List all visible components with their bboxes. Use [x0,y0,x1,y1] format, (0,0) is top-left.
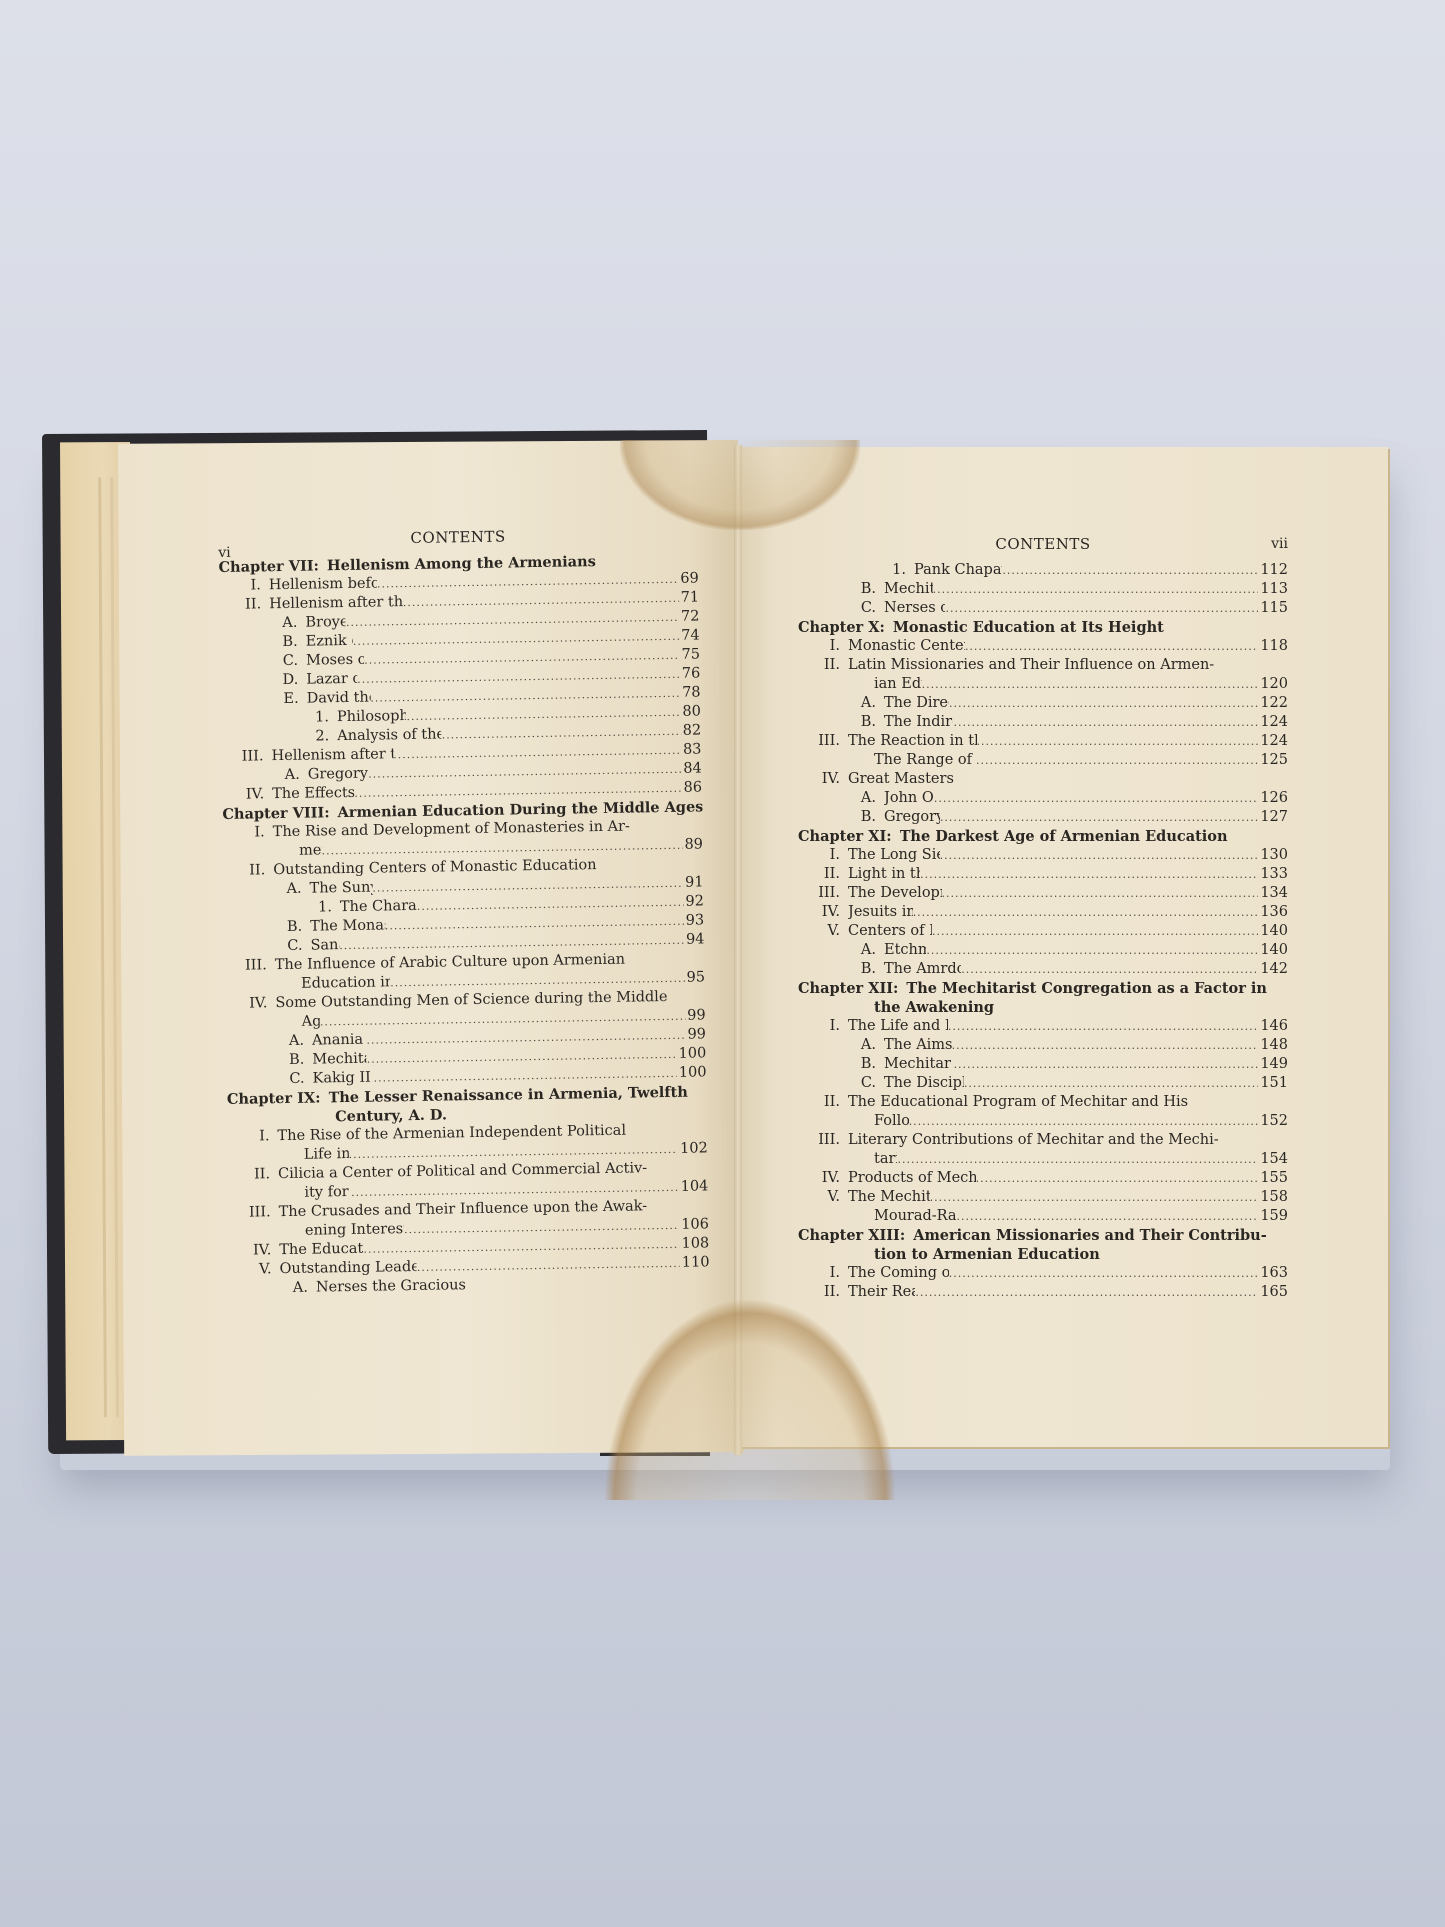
entry-title: Education in the Middle Ages [301,973,390,993]
leader-dots [913,903,1259,922]
entry-title: Broyeresius [305,613,346,633]
entry-title: Hellenism before the Christian Era [269,575,377,596]
entry-page-number: 159 [1258,1207,1288,1226]
toc-entry: V.The Mechitarist Schools158 [798,1188,1288,1207]
toc-entry: IV.Jesuits in Armenia136 [798,903,1288,922]
toc-entry: ian Education120 [798,675,1288,694]
entry-page-number: 92 [683,892,704,911]
leader-dots [977,732,1259,751]
toc-chapter-entry: Chapter XI:The Darkest Age of Armenian E… [798,827,1288,846]
entry-title: the Awakening [874,998,994,1017]
entry-page-number: 84 [681,759,702,778]
entry-numeral: C. [226,1070,304,1090]
entry-numeral: IV. [229,1241,271,1261]
entry-numeral: E. [220,690,298,710]
leader-dots [952,1036,1259,1055]
toc-entry: Followers152 [798,1112,1288,1131]
page-heading: CONTENTS [798,535,1288,554]
toc-entry: IV.Products of Mechitarist Monastic Educ… [798,1169,1288,1188]
right-page-content: CONTENTS vii 1.Pank Chapav—verses for ch… [798,535,1288,1302]
entry-title: The Indirect Influence [884,713,953,732]
entry-page-number: 82 [681,721,702,740]
entry-numeral: II. [798,1093,840,1112]
entry-numeral: B. [220,633,298,653]
entry-numeral: A. [798,694,876,713]
toc-entry: V.Centers of Re-awakening140 [798,922,1288,941]
entry-numeral: B. [798,580,876,599]
entry-numeral: II. [798,656,840,675]
entry-title: Eznik of Gulpi [306,632,353,652]
leader-dots [948,1017,1258,1036]
entry-title: Monastic Education at Its Height [893,618,1164,637]
entry-title: Kakig II and Others [312,1069,373,1089]
toc-entry: A.The Aims of Mechitar148 [798,1036,1288,1055]
toc-entry: A.The Direct Influence122 [798,694,1288,713]
entry-title: ening Interest in European Culture [305,1220,404,1241]
toc-chapter-entry: Chapter XII:The Mechitarist Congregation… [798,979,1288,998]
entry-title: The Aims of Mechitar [884,1036,952,1055]
entry-numeral: IV. [225,994,267,1014]
entry-title: Mechitar Heratzi [312,1050,367,1070]
entry-title: Moses of Khorene [306,651,364,671]
entry-title: ian Education [874,675,922,694]
entry-title: Centers of Re-awakening [848,922,932,941]
entry-numeral: I. [223,823,265,843]
entry-title: The Life and Ideals of Mechitar [848,1017,948,1036]
leader-dots [964,1074,1258,1093]
entry-numeral: B. [226,1051,304,1071]
leader-dots [934,789,1258,808]
leader-dots [953,713,1258,732]
entry-page-number: 83 [681,740,702,759]
entry-title: Anania of Shirak [312,1031,367,1051]
entry-numeral: I. [798,1017,840,1036]
leader-dots [909,1112,1259,1131]
toc-entry: II.The Educational Program of Mechitar a… [798,1093,1288,1112]
entry-title: Mechitar as a Teacher [884,1055,954,1074]
entry-page-number: 140 [1258,941,1288,960]
toc-list: 1.Pank Chapav—verses for children112B.Me… [798,561,1288,1302]
entry-title: Hellenism after the Council of Chalcedon [271,745,393,766]
entry-numeral: I. [798,637,840,656]
entry-page-number: 108 [679,1234,709,1253]
entry-page-number: 104 [679,1177,709,1196]
entry-page-number: 69 [678,569,699,588]
entry-numeral: C. [224,937,302,957]
entry-numeral: 1. [221,708,329,729]
entry-page-number: 100 [677,1063,707,1082]
entry-numeral: II. [223,861,265,881]
entry-title: Philosophical Definitions [337,707,407,727]
entry-page-number: 74 [679,626,700,645]
entry-numeral: IV. [798,1169,840,1188]
entry-page-number: 106 [679,1215,709,1234]
entry-title: Literary Contributions of Mechitar and t… [848,1131,1219,1150]
entry-numeral: III. [229,1203,271,1223]
entry-title: The Mechitarist Congregation as a Factor… [906,979,1267,998]
entry-title: The Educational Program of Mechitar and … [848,1093,1188,1112]
entry-numeral: 2. [221,727,329,748]
toc-entry: II.Light in the Colonies133 [798,865,1288,884]
entry-title: The Direct Influence [884,694,949,713]
leader-dots [945,599,1258,618]
leader-dots [940,846,1259,865]
entry-page-number: 86 [681,778,702,797]
toc-entry: III.The Reaction in the Sunyatz School a… [798,732,1288,751]
entry-numeral: C. [220,652,298,672]
entry-numeral: II. [228,1165,270,1185]
entry-page-number: 115 [1258,599,1288,618]
toc-entry: I.The Coming of the Missionaries163 [798,1264,1288,1283]
entry-numeral: II. [798,1283,840,1302]
toc-entry: I.Monastic Centers of “University Rank”1… [798,637,1288,656]
entry-title: Analysis of the Interpretations of Porph… [337,726,442,747]
toc-entry: C.Nerses of Lampron115 [798,599,1288,618]
entry-title: Etchmiadzin [884,941,926,960]
entry-title: Gregory Magistros [308,765,369,785]
toc-chapter-entry: the Awakening [798,998,1288,1017]
entry-title: Hellenism after the Introduction of Chri… [269,593,403,614]
toc-entry: A.John Orodnetzi126 [798,789,1288,808]
entry-page-number: 75 [679,645,700,664]
toc-entry: II.Their Real Purpose165 [798,1283,1288,1302]
entry-numeral: A. [798,1036,876,1055]
toc-entry: 1.Pank Chapav—verses for children112 [798,561,1288,580]
entry-numeral: III. [798,884,840,903]
entry-title: Ages [302,1012,320,1031]
entry-page-number: 155 [1258,1169,1288,1188]
entry-title: The Sunyatz School [309,879,372,899]
toc-entry: B.Gregory of Datev127 [798,808,1288,827]
entry-numeral: II. [219,595,261,615]
entry-title: Products of Mechitarist Monastic Educati… [848,1169,976,1188]
entry-numeral: A. [226,1032,304,1052]
entry-numeral: B. [798,713,876,732]
entry-title: The Long Siege of Darkness [848,846,940,865]
toc-entry: II.Latin Missionaries and Their Influenc… [798,656,1288,675]
entry-numeral: B. [224,918,302,938]
chapter-label: Chapter XIII: [798,1226,905,1245]
entry-title: Nerses the Gracious [316,1276,466,1297]
entry-page-number: 91 [683,873,704,892]
leader-dots [940,808,1258,827]
entry-page-number: 94 [684,930,705,949]
entry-numeral: IV. [798,903,840,922]
entry-title: Their Real Purpose [848,1283,915,1302]
water-stain-bottom [605,1300,895,1500]
entry-title: menia [299,841,322,860]
toc-entry: III.The Development of Printing134 [798,884,1288,903]
entry-numeral: IV. [798,770,840,789]
entry-numeral: I. [798,1264,840,1283]
entry-title: The Range of the Subjects of Study [874,751,976,770]
entry-numeral: C. [798,599,876,618]
entry-numeral: III. [798,732,840,751]
entry-page-number: 89 [682,835,703,854]
toc-entry: tarists154 [798,1150,1288,1169]
toc-chapter-entry: Chapter X:Monastic Education at Its Heig… [798,618,1288,637]
chapter-label: Chapter XII: [798,979,898,998]
entry-numeral: A. [222,766,300,786]
leader-dots [920,865,1258,884]
entry-page-number: 99 [685,1006,706,1025]
entry-numeral: A. [223,880,301,900]
leader-dots [956,1207,1258,1226]
entry-title: Pank Chapav—verses for children [914,561,1002,580]
entry-numeral: III. [798,1131,840,1150]
entry-title: Monastic Centers of “University Rank” [848,637,965,656]
entry-title: The Discipline of Mechitar [884,1074,964,1093]
entry-numeral: A. [219,614,297,634]
entry-title: The Darkest Age of Armenian Education [900,827,1228,846]
left-page-content: vi CONTENTS Chapter VII:Hellenism Among … [218,524,710,1298]
entry-page-number: 102 [678,1139,708,1158]
toc-entry: C.The Discipline of Mechitar151 [798,1074,1288,1093]
entry-title: The Effects of Hellenism [272,784,354,804]
entry-page-number: 165 [1258,1283,1288,1302]
entry-numeral: V. [798,922,840,941]
entry-page-number: 95 [684,968,705,987]
entry-page-number: 120 [1258,675,1288,694]
entry-numeral: I. [798,846,840,865]
entry-title: The Amrdolou Monastery [884,960,961,979]
entry-numeral: D. [220,671,298,691]
entry-page-number: 151 [1258,1074,1288,1093]
entry-title: Mourad-Rapaelian College [874,1207,956,1226]
entry-page-number: 93 [684,911,705,930]
entry-numeral: B. [798,960,876,979]
leader-dots [922,675,1259,694]
entry-page-number: 158 [1258,1188,1288,1207]
entry-page-number: 149 [1258,1055,1288,1074]
entry-page-number: 146 [1258,1017,1288,1036]
entry-numeral: B. [798,808,876,827]
toc-entry: B.The Indirect Influence124 [798,713,1288,732]
toc-entry: The Range of the Subjects of Study125 [798,751,1288,770]
toc-entry: I.The Long Siege of Darkness130 [798,846,1288,865]
entry-page-number: 126 [1258,789,1288,808]
entry-numeral: I. [219,576,261,596]
chapter-label: Chapter XI: [798,827,892,846]
entry-numeral: II. [798,865,840,884]
leader-dots [930,1188,1259,1207]
entry-page-number: 124 [1258,713,1288,732]
entry-title: Great Masters [848,770,954,789]
entry-numeral: V. [798,1188,840,1207]
toc-entry: IV.Great Masters [798,770,1288,789]
entry-title: Jesuits in Armenia [848,903,913,922]
entry-page-number: 71 [678,588,699,607]
leader-dots [949,1264,1259,1283]
leader-dots [976,1169,1259,1188]
leader-dots [897,1150,1258,1169]
entry-page-number: 113 [1258,580,1288,599]
entry-title: The Coming of the Missionaries [848,1264,949,1283]
entry-title: The Development of Printing [848,884,942,903]
entry-title: The Mechitarist Schools [848,1188,930,1207]
toc-entry: B.The Amrdolou Monastery142 [798,960,1288,979]
entry-numeral: 1. [798,561,906,580]
entry-title: The Character of the School [340,897,417,917]
entry-numeral: A. [798,789,876,808]
entry-page-number: 76 [680,664,701,683]
entry-numeral: B. [798,1055,876,1074]
entry-page-number: 130 [1258,846,1288,865]
leader-dots [965,637,1258,656]
entry-title: The Educational Situation [279,1240,363,1260]
entry-title: Latin Missionaries and Their Influence o… [848,656,1214,675]
entry-page-number: 72 [679,607,700,626]
leader-dots [942,884,1259,903]
entry-page-number: 133 [1258,865,1288,884]
entry-page-number: 78 [680,683,701,702]
toc-list: Chapter VII:Hellenism Among the Armenian… [218,550,710,1298]
entry-numeral: I. [227,1127,269,1147]
entry-numeral: V. [229,1260,271,1280]
entry-page-number: 142 [1258,960,1288,979]
entry-page-number: 148 [1258,1036,1288,1055]
entry-title: tion to Armenian Education [874,1245,1100,1264]
entry-page-number: 163 [1258,1264,1288,1283]
entry-page-number: 127 [1258,808,1288,827]
toc-entry: B.Mechitar as a Teacher149 [798,1055,1288,1074]
leader-dots [954,1055,1259,1074]
entry-page-number: 122 [1258,694,1288,713]
entry-page-number: 125 [1258,751,1288,770]
entry-page-number: 140 [1258,922,1288,941]
entry-title: Century, A. D. [335,1105,447,1126]
entry-page-number: 112 [1258,561,1288,580]
entry-page-number: 136 [1258,903,1288,922]
toc-entry: B.Mechitar Kosh113 [798,580,1288,599]
leader-dots [933,580,1259,599]
running-head: CONTENTS vii [798,535,1288,561]
chapter-label: Chapter VIII: [222,803,329,824]
toc-entry: A.Etchmiadzin140 [798,941,1288,960]
chapter-label: Chapter X: [798,618,885,637]
entry-title: Nerses of Lampron [884,599,945,618]
entry-title: Gregory of Datev [884,808,940,827]
entry-page-number: 80 [680,702,701,721]
toc-entry: III.Literary Contributions of Mechitar a… [798,1131,1288,1150]
chapter-label: Chapter IX: [227,1088,321,1108]
entry-numeral: III. [225,956,267,976]
toc-entry: I.The Life and Ideals of Mechitar146 [798,1017,1288,1036]
entry-title: John Orodnetzi [884,789,934,808]
leader-dots [976,751,1258,770]
entry-title: The Reaction in the Sunyatz School at Da… [848,732,977,751]
entry-title: David the Invincible [306,689,370,709]
leader-dots [961,960,1258,979]
entry-page-number: 152 [1258,1112,1288,1131]
toc-entry: Mourad-Rapaelian College159 [798,1207,1288,1226]
entry-numeral: C. [798,1074,876,1093]
entry-title: Light in the Colonies [848,865,920,884]
leader-dots [926,941,1258,960]
chapter-label: Chapter VII: [218,556,319,577]
entry-page-number: 100 [676,1044,706,1063]
entry-numeral: IV. [222,785,264,805]
toc-chapter-entry: Chapter XIII:American Missionaries and T… [798,1226,1288,1245]
entry-page-number: 110 [680,1253,710,1272]
entry-title: Sanahin [310,936,339,955]
entry-numeral: III. [221,747,263,767]
entry-title: tarists [874,1150,897,1169]
leader-dots [1002,561,1258,580]
leader-dots [915,1283,1258,1302]
entry-page-number: 124 [1258,732,1288,751]
entry-numeral: A. [230,1279,308,1299]
entry-numeral: 1. [224,898,332,919]
entry-title: Followers [874,1112,909,1131]
toc-chapter-entry: tion to Armenian Education [798,1245,1288,1264]
entry-title: Life in Cilicia [304,1145,349,1165]
leader-dots [949,694,1258,713]
entry-title: Lazar of Pharpi [306,670,357,690]
entry-page-number: 134 [1258,884,1288,903]
entry-page-number: 118 [1258,637,1288,656]
entry-title: The Monastery of Narek [310,916,385,936]
page-number: vii [1271,535,1288,554]
entry-title: ity for Europe [304,1183,351,1203]
entry-page-number: 99 [685,1025,706,1044]
water-stain-top [620,440,860,530]
leader-dots [932,922,1258,941]
entry-page-number: 154 [1258,1150,1288,1169]
entry-title: Outstanding Leaders of the Intellectual … [279,1258,417,1279]
entry-numeral: A. [798,941,876,960]
entry-title: Mechitar Kosh [884,580,933,599]
entry-title: American Missionaries and Their Contribu… [913,1226,1267,1245]
